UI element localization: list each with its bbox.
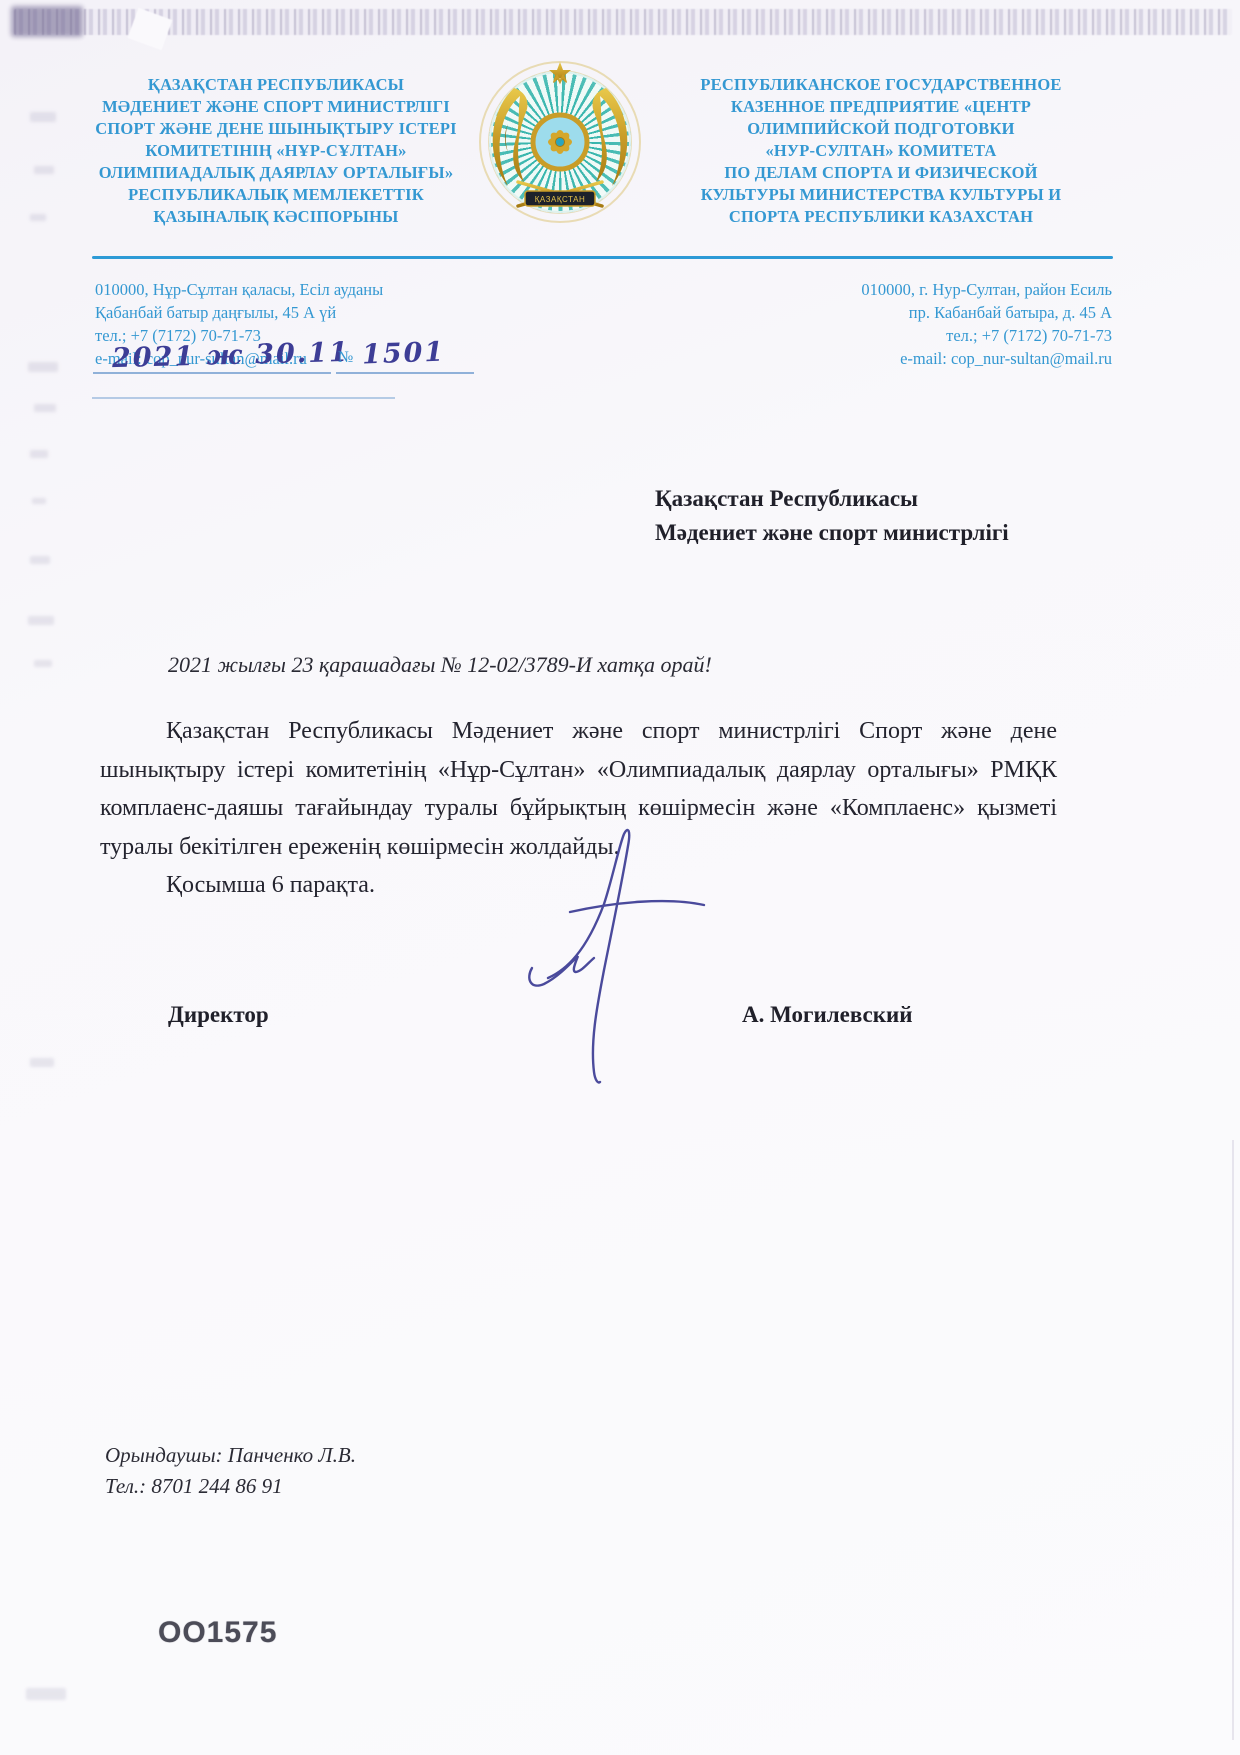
letterhead-kk-line: КОМИТЕТІНІҢ «НҰР-СҰЛТАН» [90,140,462,162]
letterhead-org-name-kk: ҚАЗАҚСТАН РЕСПУБЛИКАСЫ МӘДЕНИЕТ ЖӘНЕ СПО… [90,74,462,228]
registration-stamp-number: ОО1575 [158,1616,277,1650]
executor-line: Орындаушы: Панченко Л.В. [105,1440,356,1471]
executor-line: Тел.: 8701 244 86 91 [105,1471,356,1502]
scan-smudge [28,616,54,625]
kazakhstan-coat-of-arms: ҚАЗАҚСТАН [474,54,646,226]
letterhead-org-name-ru: РЕСПУБЛИКАНСКОЕ ГОСУДАРСТВЕННОЕ КАЗЕННОЕ… [650,74,1112,228]
recipient-line: Мәдениет және спорт министрлігі [655,516,1009,550]
scan-smudge [34,166,54,174]
signer-title: Директор [168,1002,269,1028]
letterhead-ru-line: ПО ДЕЛАМ СПОРТА И ФИЗИЧЕСКОЙ [650,162,1112,184]
address-ru-line: e-mail: cop_nur-sultan@mail.ru [652,347,1112,370]
emblem-banner-text: ҚАЗАҚСТАН [535,195,585,204]
scan-smudge [30,1058,54,1067]
letterhead-divider-rule [92,256,1113,259]
emblem-gold-ornaments: ҚАЗАҚСТАН [474,54,646,226]
scan-smudge [34,660,52,667]
number-underline [336,372,474,374]
signer-name: А. Могилевский [742,1002,913,1028]
scan-smudge [30,450,48,458]
letterhead-ru-line: «НУР-СУЛТАН» КОМИТЕТА [650,140,1112,162]
letterhead-ru-line: ОЛИМПИЙСКОЙ ПОДГОТОВКИ [650,118,1112,140]
scan-smudge [30,112,56,122]
scan-smudge [28,362,58,372]
scan-edge-line [1232,1140,1234,1740]
letterhead-kk-line: ОЛИМПИАДАЛЫҚ ДАЯРЛАУ ОРТАЛЫҒЫ» [90,162,462,184]
letterhead-kk-line: РЕСПУБЛИКАЛЫҚ МЕМЛЕКЕТТІК [90,184,462,206]
address-ru-line: 010000, г. Нур-Султан, район Есиль [652,278,1112,301]
letterhead-ru-line: КАЗЕННОЕ ПРЕДПРИЯТИЕ «ЦЕНТР [650,96,1112,118]
scan-smudge [30,556,50,564]
director-signature [520,820,710,1090]
subject-line: 2021 жылғы 23 қарашадағы № 12-02/3789-И … [168,652,712,678]
letterhead-kk-line: ҚАЗАҚСТАН РЕСПУБЛИКАСЫ [90,74,462,96]
letterhead-ru-line: СПОРТА РЕСПУБЛИКИ КАЗАХСТАН [650,206,1112,228]
letterhead-kk-line: СПОРТ ЖӘНЕ ДЕНЕ ШЫНЫҚТЫРУ ІСТЕРІ [90,118,462,140]
address-ru-line: пр. Кабанбай батыра, д. 45 А [652,301,1112,324]
scan-smudge [26,1688,66,1700]
scanner-artifact-band [14,9,1232,35]
handwritten-date: 2021 ж 30.11 [112,337,350,374]
scan-smudge [32,498,46,504]
recipient-line: Қазақстан Республикасы [655,482,1009,516]
scan-smudge [30,214,46,221]
scanned-letter-page: ҚАЗАҚСТАН РЕСПУБЛИКАСЫ МӘДЕНИЕТ ЖӘНЕ СПО… [0,0,1240,1755]
address-ru-line: тел.; +7 (7172) 70-71-73 [652,324,1112,347]
letterhead-ru-line: КУЛЬТУРЫ МИНИСТЕРСТВА КУЛЬТУРЫ И [650,184,1112,206]
number-sign-label: № [338,349,353,367]
second-underline [92,397,395,399]
address-kk-line: 010000, Нұр-Сұлтан қаласы, Есіл ауданы [95,278,383,301]
letterhead-ru-line: РЕСПУБЛИКАНСКОЕ ГОСУДАРСТВЕННОЕ [650,74,1112,96]
scan-smudge [34,404,56,412]
recipient-block: Қазақстан Республикасы Мәдениет және спо… [655,482,1009,550]
letterhead-kk-line: ҚАЗЫНАЛЫҚ КӘСІПОРЫНЫ [90,206,462,228]
letterhead-kk-line: МӘДЕНИЕТ ЖӘНЕ СПОРТ МИНИСТРЛІГІ [90,96,462,118]
address-kk-line: Қабанбай батыр даңғылы, 45 А үй [95,301,383,324]
date-underline [93,372,331,374]
address-block-ru: 010000, г. Нур-Султан, район Есиль пр. К… [652,278,1112,370]
handwritten-outgoing-number: 1501 [361,337,445,371]
executor-block: Орындаушы: Панченко Л.В. Тел.: 8701 244 … [105,1440,356,1502]
